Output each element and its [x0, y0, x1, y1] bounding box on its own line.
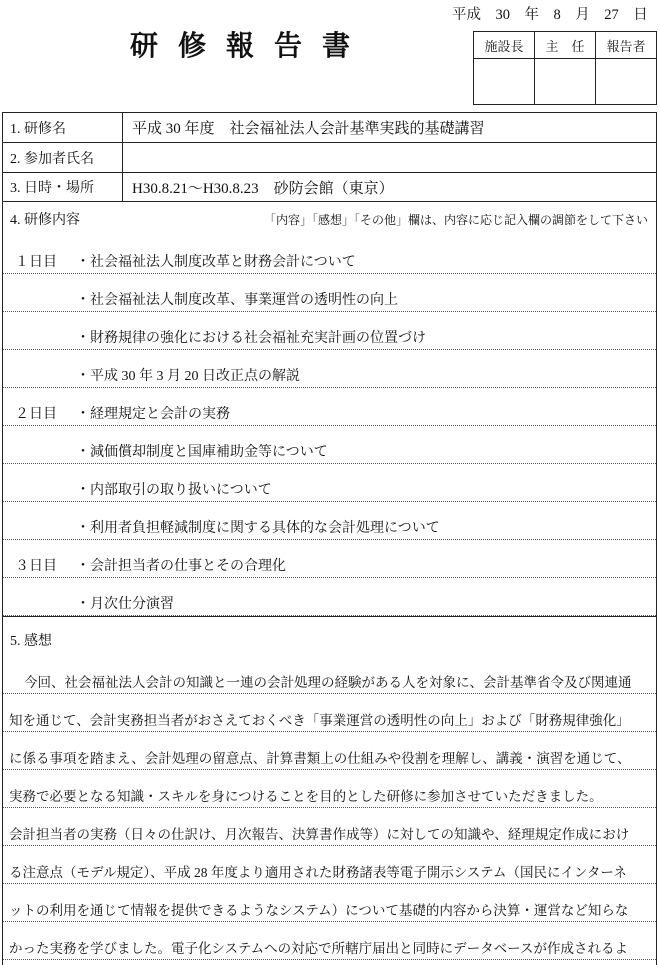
field-row-training-name: 1. 研修名 平成 30 年度 社会福祉法人会計基準実践的基礎講習: [3, 113, 656, 143]
report-date: 平成 30 年 8 月 27 日: [452, 3, 648, 24]
date-place-label: 3. 日時・場所: [3, 173, 123, 201]
impression-line: 今回、社会福祉法人会計の知識と一連の会計処理の経験がある人を対象に、会計基準省令…: [3, 656, 656, 694]
content-item: ・社会福祉法人制度改革と財務会計について: [76, 251, 656, 271]
section5-label: 5. 感想: [3, 617, 656, 656]
approval-stamp-table: 施設長 主 任 報告者: [473, 31, 657, 105]
section-impressions: 5. 感想 今回、社会福祉法人会計の知識と一連の会計処理の経験がある人を対象に、…: [3, 617, 656, 960]
approval-col-reporter: 報告者: [596, 32, 657, 59]
field-row-participant-name: 2. 参加者氏名: [3, 143, 656, 173]
impression-line: に係る事項を踏まえ、会計処理の留意点、計算書類上の仕組みや役割を理解し、講義・演…: [3, 732, 656, 770]
approval-cell-reporter: [596, 59, 657, 105]
content-row: ・月次仕分演習: [3, 578, 656, 616]
content-row: ・減価償却制度と国庫補助金等について: [3, 426, 656, 464]
impression-line: 実務で必要となる知識・スキルを身につけることを目的とした研修に参加させていただき…: [3, 770, 656, 808]
content-item: ・会計担当者の仕事とその合理化: [76, 555, 656, 575]
report-main-table: 1. 研修名 平成 30 年度 社会福祉法人会計基準実践的基礎講習 2. 参加者…: [2, 112, 657, 965]
content-item: ・社会福祉法人制度改革、事業運営の透明性の向上: [76, 289, 656, 309]
content-item: ・利用者負担軽減制度に関する具体的な会計処理について: [76, 517, 656, 537]
approval-cell-chief: [535, 59, 596, 105]
content-item: ・平成 30 年 3 月 20 日改正点の解説: [76, 365, 656, 385]
impression-line: る注意点（モデル規定）、平成 28 年度より適用された財務諸表等電子開示システム…: [3, 846, 656, 884]
content-row: ２日目 ・経理規定と会計の実務: [3, 388, 656, 426]
content-row: ・財務規律の強化における社会福祉充実計画の位置づけ: [3, 312, 656, 350]
impression-line: 知を通じて、会計実務担当者がおさえておくべき「事業運営の透明性の向上」および「財…: [3, 694, 656, 732]
content-item: ・内部取引の取り扱いについて: [76, 479, 656, 499]
content-row: １日目 ・社会福祉法人制度改革と財務会計について: [3, 236, 656, 274]
field-row-date-place: 3. 日時・場所 H30.8.21～H30.8.23 砂防会館（東京）: [3, 173, 656, 202]
participant-name-label: 2. 参加者氏名: [3, 143, 123, 172]
approval-col-facility-head: 施設長: [474, 32, 535, 59]
training-name-value: 平成 30 年度 社会福祉法人会計基準実践的基礎講習: [123, 113, 656, 142]
impression-line: ットの利用を通じて情報を提供できるようなシステム）について基礎的内容から決算・運…: [3, 884, 656, 922]
content-item: ・減価償却制度と国庫補助金等について: [76, 441, 656, 461]
section-training-content: 4. 研修内容 「内容」「感想」「その他」欄は、内容に応じ記入欄の調節をして下さ…: [3, 202, 656, 617]
section4-header: 4. 研修内容 「内容」「感想」「その他」欄は、内容に応じ記入欄の調節をして下さ…: [3, 202, 656, 236]
content-row: ・利用者負担軽減制度に関する具体的な会計処理について: [3, 502, 656, 540]
content-row: ３日目 ・会計担当者の仕事とその合理化: [3, 540, 656, 578]
day-label: ２日目: [3, 403, 76, 423]
content-row: ・内部取引の取り扱いについて: [3, 464, 656, 502]
approval-header-row: 施設長 主 任 報告者: [474, 32, 657, 59]
participant-name-value: [123, 143, 656, 172]
page-title: 研修報告書: [130, 24, 370, 64]
content-item: ・財務規律の強化における社会福祉充実計画の位置づけ: [76, 327, 656, 347]
content-item: ・経理規定と会計の実務: [76, 403, 656, 423]
approval-signature-row: [474, 59, 657, 105]
content-row: ・平成 30 年 3 月 20 日改正点の解説: [3, 350, 656, 388]
day-label: １日目: [3, 251, 76, 271]
approval-col-chief: 主 任: [535, 32, 596, 59]
date-place-value: H30.8.21～H30.8.23 砂防会館（東京）: [123, 173, 656, 201]
impression-line: かった実務を学びました。電子化システムへの対応で所轄庁届出と同時にデータベースが…: [3, 922, 656, 960]
training-report-document: 平成 30 年 8 月 27 日 研修報告書 施設長 主 任 報告者 1. 研修…: [0, 0, 660, 965]
approval-cell-facility-head: [474, 59, 535, 105]
content-row: ・社会福祉法人制度改革、事業運営の透明性の向上: [3, 274, 656, 312]
day-label: ３日目: [3, 555, 76, 575]
section4-label: 4. 研修内容: [10, 209, 80, 236]
impression-line: 会計担当者の実務（日々の仕訳け、月次報告、決算書作成等）に対しての知識や、経理規…: [3, 808, 656, 846]
section4-note: 「内容」「感想」「その他」欄は、内容に応じ記入欄の調節をして下さい: [264, 209, 648, 236]
training-name-label: 1. 研修名: [3, 113, 123, 142]
content-item: ・月次仕分演習: [76, 593, 656, 613]
